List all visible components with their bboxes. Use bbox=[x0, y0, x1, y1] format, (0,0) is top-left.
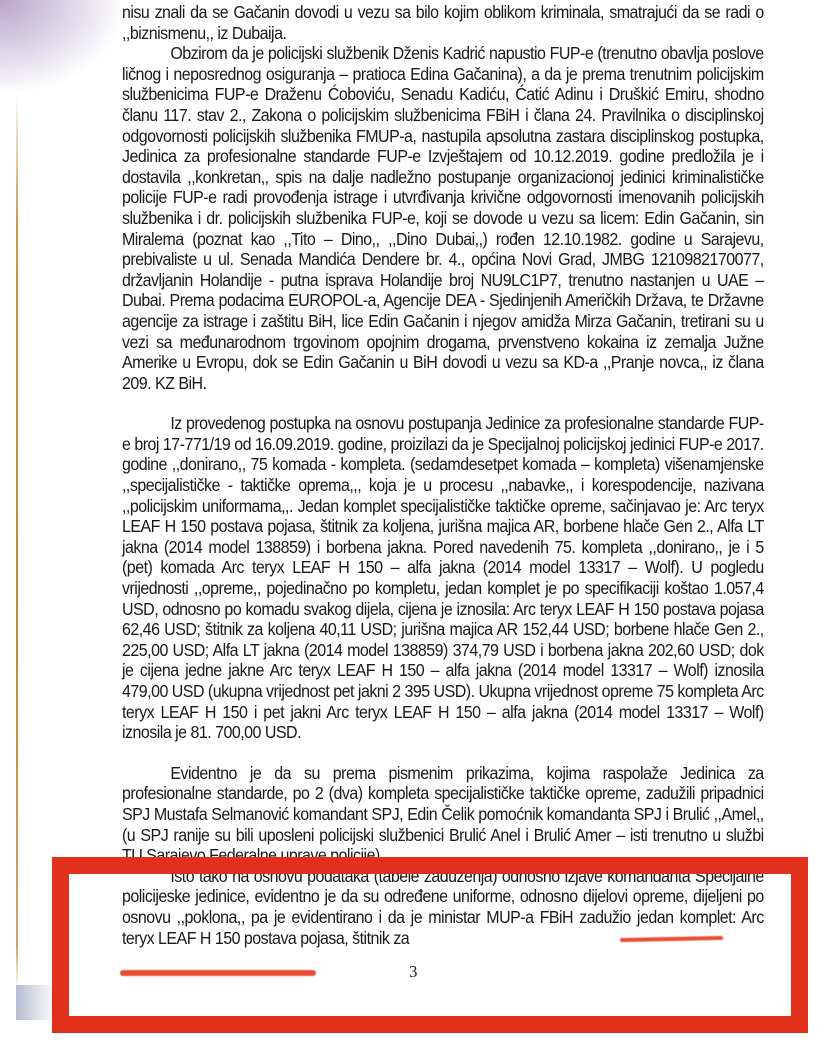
paragraph-equipment-donation: Iz provedenog postupka na osnovu postupa… bbox=[122, 413, 764, 743]
paragraph-gap bbox=[122, 743, 764, 763]
page-number: 3 bbox=[409, 962, 418, 982]
paragraph-continuation: nisu znali da se Gačanin dovodi u vezu s… bbox=[122, 2, 764, 43]
page-edge-line bbox=[16, 90, 18, 990]
scan-bottom-shadow bbox=[16, 985, 56, 1020]
paragraph-disciplinary: Obzirom da je policijski službenik Dženi… bbox=[122, 43, 764, 393]
paragraph-gap bbox=[122, 393, 764, 413]
document-body: nisu znali da se Gačanin dovodi u vezu s… bbox=[122, 2, 764, 948]
scan-corner-shadow bbox=[0, 0, 120, 90]
paragraph-spj-members: Evidentno je da su prema pismenim prikaz… bbox=[122, 763, 764, 866]
red-underline-next-line bbox=[120, 970, 316, 976]
paragraph-minister: Isto tako na osnovu podataka (tabele zad… bbox=[122, 866, 764, 948]
